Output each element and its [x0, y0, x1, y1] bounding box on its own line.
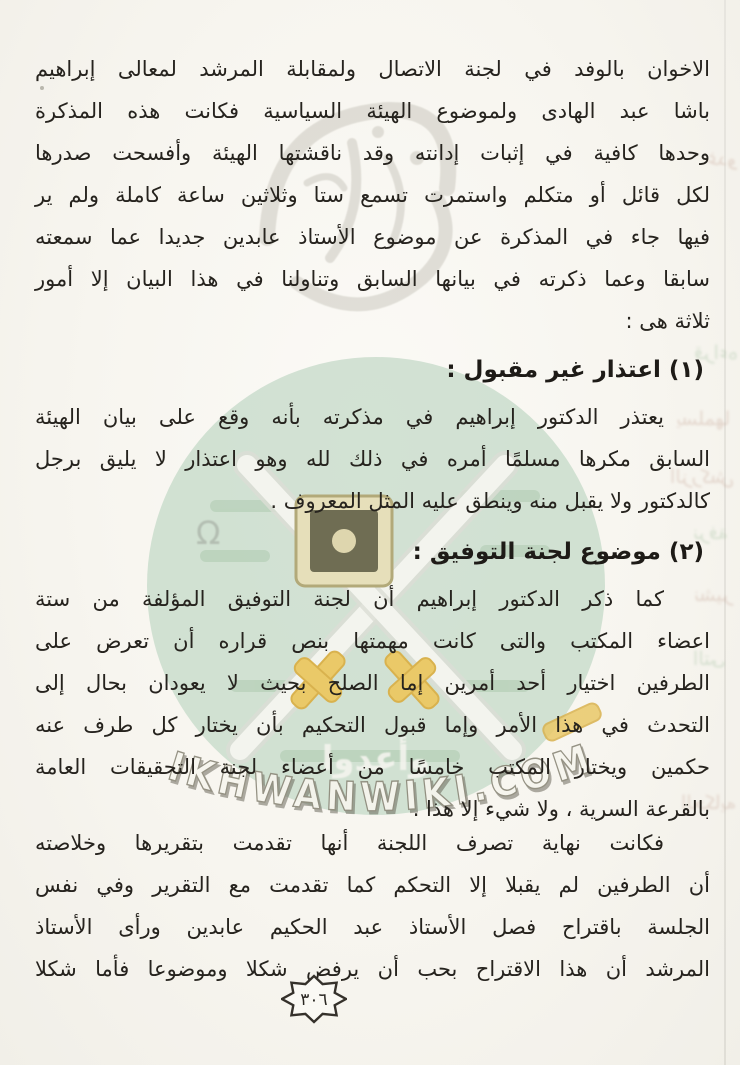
text-line: يعتذر الدكتور إبراهيم في مذكرته بأنه وقع…: [35, 396, 710, 438]
section-heading-1: (١) اعتذار غير مقبول :: [35, 350, 710, 390]
text-line: المرشد أن هذا الاقتراح بحب أن يرفض شكلا …: [35, 948, 710, 990]
text-line: اعضاء المكتب والتى كانت مهمتها بنص قراره…: [35, 620, 710, 662]
text-line: التحدث في هذا الأمر وإما قبول التحكيم بأ…: [35, 704, 710, 746]
text-line: حكمين ويختار المكتب خامسًا من أعضاء لجنة…: [35, 746, 710, 788]
text-line: الطرفين اختيار أحد أمرين إما الصلح بحيث …: [35, 662, 710, 704]
text-line: السابق مكرها مسلمًا أمره في ذلك لله وهو …: [35, 438, 710, 480]
text-line: سابقا وعما ذكرته في بيانها السابق وتناول…: [35, 258, 710, 300]
paragraph-3: كما ذكر الدكتور إبراهيم أن لجنة التوفيق …: [35, 578, 710, 830]
text-line: الاخوان بالوفد في لجنة الاتصال ولمقابلة …: [35, 48, 710, 90]
text-line: فيها جاء في المذكرة عن موضوع الأستاذ عاب…: [35, 216, 710, 258]
text-line: كالدكتور ولا يقبل منه وينطق عليه المثل ا…: [35, 480, 710, 522]
paragraph-2: يعتذر الدكتور إبراهيم في مذكرته بأنه وقع…: [35, 396, 710, 522]
text-line: كما ذكر الدكتور إبراهيم أن لجنة التوفيق …: [35, 578, 710, 620]
text-line: الجلسة باقتراح فصل الأستاذ عبد الحكيم عا…: [35, 906, 710, 948]
paragraph-4: فكانت نهاية تصرف اللجنة أنها تقدمت بتقري…: [35, 822, 710, 990]
text-line: باشا عبد الهادى ولموضوع الهيئة السياسية …: [35, 90, 710, 132]
text-line: وحدها كافية في إثبات إدانته وقد ناقشتها …: [35, 132, 710, 174]
scanned-page: وأعدوا IKHWANWIKI.COM Ω غدو قراءه يسلمها…: [0, 0, 740, 1065]
text-layer: الاخوان بالوفد في لجنة الاتصال ولمقابلة …: [35, 0, 710, 1065]
text-line: أن الطرفين لم يقبلا إلا التحكم كما تقدمت…: [35, 864, 710, 906]
page-number: ٣٠٦: [300, 990, 327, 1010]
bleedthrough-fragment: غدو: [707, 148, 736, 170]
text-line: ثلاثة هى :: [35, 300, 710, 342]
section-heading-2: (٢) موضوع لجنة التوفيق :: [35, 532, 710, 572]
page-number-badge: ٣٠٦: [281, 974, 347, 1024]
text-line: لكل قائل أو متكلم واستمرت تسمع ستا وثلاث…: [35, 174, 710, 216]
paragraph-1: الاخوان بالوفد في لجنة الاتصال ولمقابلة …: [35, 48, 710, 342]
text-line: فكانت نهاية تصرف اللجنة أنها تقدمت بتقري…: [35, 822, 710, 864]
